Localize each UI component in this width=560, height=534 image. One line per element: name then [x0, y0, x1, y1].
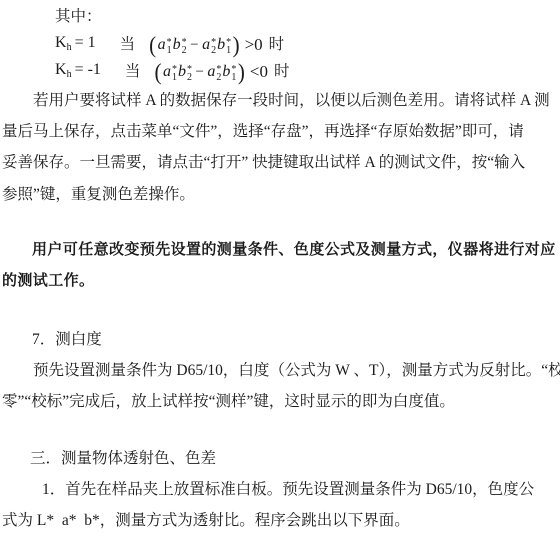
save-paragraph-line-3: 妥善保存。一旦需要，请点击“打开” 快捷键取出试样 A 的测试文件，按“输入: [2, 152, 525, 174]
comparison-operator: <0: [250, 61, 268, 83]
whiteness-line-1: 预先设置测量条件为 D65/10，白度（公式为 W 、T），测量方式为反射比。“…: [33, 360, 560, 382]
k-subscript: h: [67, 42, 72, 53]
open-paren: (: [154, 60, 161, 84]
equals-value: = -1: [75, 61, 101, 78]
comparison-operator: >0: [245, 34, 263, 56]
section-7-heading: 7．测白度: [32, 329, 102, 351]
save-paragraph-line-2: 量后马上保存，点击菜单“文件”，选择“存盘”，再选择“存原始数据”即可，请: [2, 121, 524, 143]
when-word: 当: [125, 61, 141, 83]
bold-note-line-2: 的测试工作。: [2, 270, 94, 292]
when-word: 当: [120, 34, 136, 56]
k-subscript: h: [67, 69, 72, 80]
math-term-a2: a*2: [202, 34, 216, 56]
minus-operator: −: [195, 61, 203, 83]
close-paren: ): [233, 33, 240, 57]
k-symbol: K: [55, 61, 67, 78]
bold-note-line-1: 用户可任意改变预先设置的测量条件、色度公式及测量方式，仪器将进行对应: [32, 239, 556, 261]
math-term-a1: a*1: [163, 61, 177, 83]
math-term-a1: a*1: [158, 34, 172, 56]
close-paren: ): [238, 60, 245, 84]
document-page: 其中： Kh= 1 当 ( a*1 b*2 − a*2 b*1 ) >0 时 K…: [0, 0, 560, 534]
math-term-b2: b*2: [173, 34, 187, 56]
time-word: 时: [269, 34, 285, 56]
transmission-line-1: 1．首先在样品夹上放置标准白板。预先设置测量条件为 D65/10，色度公: [42, 479, 534, 501]
math-term-b1: b*1: [222, 61, 236, 83]
open-paren: (: [149, 33, 156, 57]
save-paragraph-line-4: 参照”键，重复测色差操作。: [2, 184, 195, 206]
k-symbol: K: [55, 34, 67, 51]
formula-lhs: Kh= -1: [55, 59, 101, 86]
section-3-heading: 三．测量物体透射色、色差: [30, 448, 216, 470]
equals-value: = 1: [75, 34, 96, 51]
math-term-b1: b*1: [217, 34, 231, 56]
time-word: 时: [274, 61, 290, 83]
save-paragraph-line-1: 若用户要将试样 A 的数据保存一段时间，以便以后测色差用。请将试样 A 测: [33, 90, 550, 112]
formula-kh-negative: Kh= -1 当 ( a*1 b*2 − a*2 b*1 ) <0 时: [55, 59, 290, 85]
formula-kh-positive: Kh= 1 当 ( a*1 b*2 − a*2 b*1 ) >0 时: [55, 32, 284, 58]
whiteness-line-2: 零”“校标”完成后，放上试样按“测样”键，这时显示的即为白度值。: [2, 391, 455, 413]
math-term-a2: a*2: [207, 61, 221, 83]
minus-operator: −: [190, 34, 198, 56]
transmission-line-2: 式为 L* a* b*，测量方式为透射比。程序会跳出以下界面。: [2, 510, 410, 532]
formula-lhs: Kh= 1: [55, 32, 96, 59]
where-label: 其中：: [55, 6, 102, 28]
math-term-b2: b*2: [178, 61, 192, 83]
